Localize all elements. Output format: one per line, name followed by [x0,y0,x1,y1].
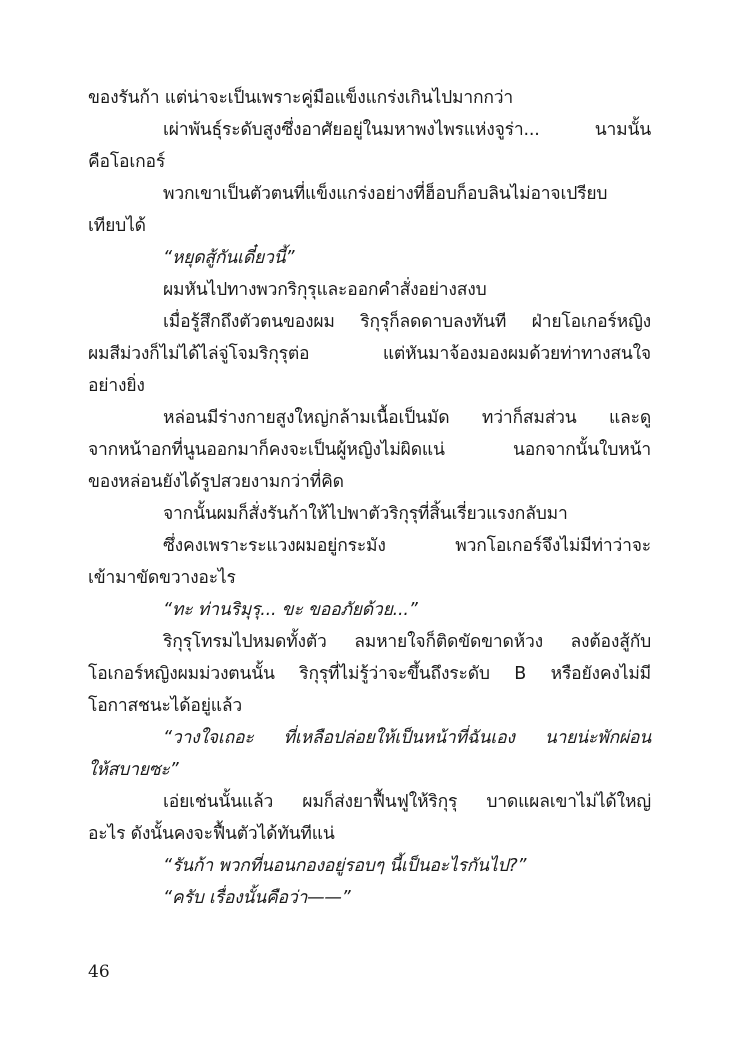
text-line-5: เทียบได้ [88,210,651,242]
text-line-12: จากหน้าอกที่นูนออกมาก็คงจะเป็นผู้หญิงไม่… [88,434,651,466]
text-line-14: จากนั้นผมก็สั่งรันก้าให้ไปพาตัวริกุรุที่… [88,498,651,530]
text-line-24: อะไร ดังนั้นคงจะฟื้นตัวได้ทันทีแน่ [88,818,651,850]
dialogue-line-26: “ครับ เรื่องนั้นคือว่า——” [88,882,651,914]
page-number: 46 [88,962,110,982]
text-line-7: ผมหันไปทางพวกริกุรุและออกคำสั่งอย่างสงบ [88,274,651,306]
book-page: ของรันก้า แต่น่าจะเป็นเพราะคู่มือแข็งแกร… [0,0,738,1051]
dialogue-line-6: “หยุดสู้กันเดี๋ยวนี้” [88,242,651,274]
dialogue-line-25: “รันก้า พวกที่นอนกองอยู่รอบๆ นี้เป็นอะไร… [88,850,651,882]
text-line-18: ริกุรุโทรมไปหมดทั้งตัว ลมหายใจก็ติดขัดขา… [88,626,651,658]
text-line-23: เอ่ยเช่นนั้นแล้ว ผมก็ส่งยาฟื้นฟูให้ริกุร… [88,786,651,818]
dialogue-line-17: “ทะ ท่านริมุรุ... ขะ ขออภัยด้วย...” [88,594,651,626]
text-line-15: ซึ่งคงเพราะระแวงผมอยู่กระมัง พวกโอเกอร์จ… [88,530,651,562]
text-line-8: เมื่อรู้สึกถึงตัวตนของผม ริกุรุก็ลดดาบลง… [88,306,651,338]
text-line-20: โอกาสชนะได้อยู่แล้ว [88,690,651,722]
text-line-3: คือโอเกอร์ [88,146,651,178]
text-line-11: หล่อนมีร่างกายสูงใหญ่กล้ามเนื้อเป็นมัด ท… [88,402,651,434]
text-line-1: ของรันก้า แต่น่าจะเป็นเพราะคู่มือแข็งแกร… [88,82,651,114]
body-text: ของรันก้า แต่น่าจะเป็นเพราะคู่มือแข็งแกร… [88,82,651,914]
text-line-4: พวกเขาเป็นตัวตนที่แข็งแกร่งอย่างที่ฮ็อบก… [88,178,651,210]
text-line-2: เผ่าพันธุ์ระดับสูงซึ่งอาศัยอยู่ในมหาพงไพ… [88,114,651,146]
dialogue-line-22: ให้สบายซะ” [88,754,651,786]
text-line-13: ของหล่อนยังได้รูปสวยงามกว่าที่คิด [88,466,651,498]
text-line-16: เข้ามาขัดขวางอะไร [88,562,651,594]
text-line-9: ผมสีม่วงก็ไม่ได้ไล่จู่โจมริกุรุต่อ แต่หั… [88,338,651,370]
text-line-19: โอเกอร์หญิงผมม่วงตนนั้น ริกุรุที่ไม่รู้ว… [88,658,651,690]
text-line-10: อย่างยิ่ง [88,370,651,402]
dialogue-line-21: “วางใจเถอะ ที่เหลือปล่อยให้เป็นหน้าที่ฉั… [88,722,651,754]
